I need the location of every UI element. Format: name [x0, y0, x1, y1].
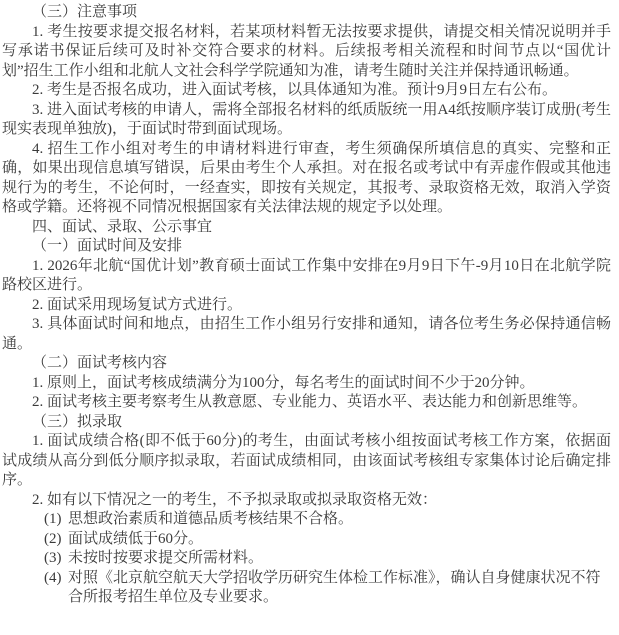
list-item-marker: (3) [44, 549, 68, 569]
list-item: (3)未按时按要求提交所需材料。 [2, 549, 611, 569]
list-item-text: 面试成绩低于60分。 [68, 531, 203, 547]
paragraph: 2. 面试考核主要考察考生从教意愿、专业能力、英语水平、表达能力和创新思维等。 [2, 393, 611, 413]
sub-heading: （一）面试时间及安排 [2, 237, 611, 257]
paragraph: 1. 面试成绩合格(即不低于60分)的考生，由面试考核小组按面试考核工作方案，依… [2, 432, 611, 491]
list-item-text: 未按时按要求提交所需材料。 [68, 550, 263, 566]
document-page: （三）注意事项1. 考生按要求提交报名材料，若某项材料暂无法按要求提供，请提交相… [0, 0, 619, 635]
sub-heading: （三）拟录取 [2, 413, 611, 433]
paragraph: 2. 如有以下情况之一的考生，不予拟录取或拟录取资格无效： [2, 491, 611, 511]
list-item: (2)面试成绩低于60分。 [2, 530, 611, 550]
list-item-marker: (1) [44, 510, 68, 530]
sub-heading: （二）面试考核内容 [2, 354, 611, 374]
sub-heading: （三）注意事项 [2, 3, 611, 23]
list-item: (1)思想政治素质和道德品质考核结果不合格。 [2, 510, 611, 530]
paragraph: 3. 进入面试考核的申请人，需将全部报名材料的纸质版统一用A4纸按顺序装订成册(… [2, 101, 611, 140]
list-item-marker: (4) [44, 569, 68, 589]
list-item-text: 对照《北京航空航天大学招收学历研究生体检工作标准》，确认自身健康状况不符合所报考… [68, 570, 601, 606]
paragraph: 3. 具体面试时间和地点，由招生工作小组另行安排和通知，请各位考生务必保持通信畅… [2, 315, 611, 354]
paragraph: 2. 考生是否报名成功，进入面试考核，以具体通知为准。预计9月9日左右公布。 [2, 81, 611, 101]
section-heading: 四、面试、录取、公示事宜 [2, 218, 611, 238]
list-item: (4)对照《北京航空航天大学招收学历研究生体检工作标准》，确认自身健康状况不符合… [2, 569, 611, 608]
list-item-marker: (2) [44, 530, 68, 550]
paragraph: 1. 原则上，面试考核成绩满分为100分，每名考生的面试时间不少于20分钟。 [2, 374, 611, 394]
paragraph: 4. 招生工作小组对考生的申请材料进行审查，考生须确保所填信息的真实、完整和正确… [2, 140, 611, 218]
paragraph: 1. 2026年北航“国优计划”教育硕士面试工作集中安排在9月9日下午-9月10… [2, 257, 611, 296]
paragraph: 1. 考生按要求提交报名材料，若某项材料暂无法按要求提供，请提交相关情况说明并手… [2, 23, 611, 82]
list-item-text: 思想政治素质和道德品质考核结果不合格。 [68, 511, 353, 527]
paragraph: 2. 面试采用现场复试方式进行。 [2, 296, 611, 316]
